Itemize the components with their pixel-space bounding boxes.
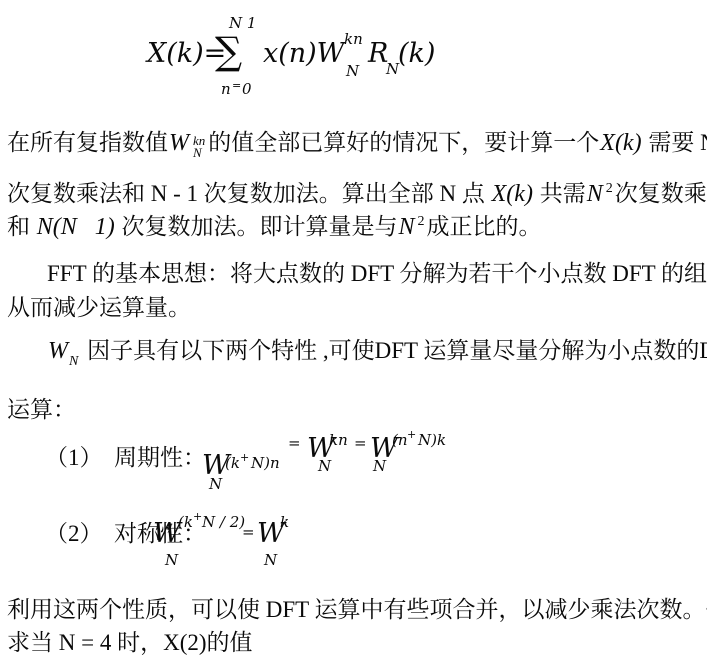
equals-sign: = [242, 525, 255, 540]
text-run: N [398, 214, 416, 240]
exponent-part: (k [225, 456, 240, 471]
text-run: 利用这两个性质，可以使 DFT 运算中有些项合并，以减少乘法次数。例子： [7, 597, 707, 622]
text-run: 次复数加法。即计算量是与 [116, 214, 398, 239]
w-base: W [153, 520, 181, 547]
exponent-part: kn [329, 433, 348, 448]
para1-line2: 次复数乘法和 N - 1 次复数加法。算出全部 N 点 X(k) 共需N2次复数… [7, 181, 707, 211]
subscript: N [193, 147, 205, 159]
sigma-symbol: ∑ [215, 32, 242, 70]
exponent-part: k [280, 515, 289, 530]
equals-sign: = [288, 436, 301, 451]
plus-sign: + [193, 511, 202, 522]
text-run: 和 [7, 214, 36, 239]
text-run: 的值全部已算好的情况下，要计算一个 [208, 130, 599, 155]
text-run: 从而减少运算量。 [7, 295, 191, 320]
exponent-part: (n [392, 433, 408, 448]
para2-line2: 从而减少运算量。 [7, 295, 191, 321]
para3-line2: 运算： [7, 397, 76, 423]
para1-line3: 和 N(N 1) 次复数加法。即计算量是与N2成正比的。 [7, 214, 542, 244]
text-run: X(k) [599, 130, 642, 156]
property1-label: （1） 周期性： [45, 445, 206, 471]
text-run: N [586, 181, 604, 207]
plus-sign: + [407, 429, 416, 440]
text-run: N(N 1) [36, 214, 116, 240]
w-subscript: N [209, 477, 222, 492]
w-subscript: N [264, 553, 277, 568]
para2-line1: FFT 的基本思想：将大点数的 DFT 分解为若干个小点数 DFT 的组合， [47, 261, 707, 287]
exponent-part: N)n [251, 456, 280, 471]
para4-line2: 求当 N = 4 时，X(2)的值 [7, 630, 253, 656]
sum-lower-zero: 0 [242, 82, 252, 97]
w-subscript: N [346, 64, 359, 79]
para4-line1: 利用这两个性质，可以使 DFT 运算中有些项合并，以减少乘法次数。例子： [7, 597, 707, 623]
text-run: W [47, 338, 69, 364]
text-run: W [168, 130, 190, 156]
w-subscript: N [318, 459, 331, 474]
text-run: 共需 [534, 181, 586, 206]
text-run: （1） 周期性： [45, 445, 206, 470]
text-run: 次复数乘法 [615, 181, 707, 206]
text-run: 需要 N [643, 130, 707, 155]
text-run: N [69, 354, 81, 369]
equals-sign: = [354, 436, 367, 451]
r-argument: (k) [398, 40, 435, 67]
text-run: 成正比的。 [427, 214, 542, 239]
exponent-part: (k [178, 515, 193, 530]
sum-lower-limit: n [221, 82, 231, 97]
w-subscript: N [373, 459, 386, 474]
document-page: X(k)=N 1∑n=0x(n)WknNRN(k) 在所有复指数值WknN的值全… [0, 0, 707, 665]
sum-term: x(n)W [263, 40, 344, 67]
text-run: X(k) [491, 181, 534, 207]
plus-sign: + [240, 452, 249, 463]
dft-sum-formula: X(k)=N 1∑n=0x(n)WknNRN(k) [145, 8, 455, 108]
sum-lower-equals: = [232, 80, 241, 91]
text-run: 次复数乘法和 N - 1 次复数加法。算出全部 N 点 [7, 181, 491, 206]
text-run: 求当 N = 4 时，X(2)的值 [7, 630, 253, 655]
text-run: FFT 的基本思想：将大点数的 DFT 分解为若干个小点数 DFT 的组合， [47, 261, 707, 286]
para3-line1: WN 因子具有以下两个特性 ,可使DFT 运算量尽量分解为小点数的DFT [47, 338, 707, 368]
w-exponent: kn [344, 32, 363, 47]
para1-line1: 在所有复指数值WknN的值全部已算好的情况下，要计算一个X(k) 需要 N [7, 130, 707, 159]
text-run: 2 [416, 214, 427, 229]
text-run: 运算： [7, 397, 76, 422]
periodicity-formula: WN(k+N)n=WknN=W(n+N)kN [200, 430, 470, 495]
exponent-part: N)k [418, 433, 446, 448]
text-run: 在所有复指数值 [7, 130, 168, 155]
text-run: 2 [604, 181, 615, 196]
symmetry-formula: W(k+N / 2)=WkNN [153, 514, 323, 574]
exponent-part: N / 2) [202, 515, 245, 530]
sup-sub-stack: knN [190, 135, 208, 159]
w-subscript: N [165, 553, 178, 568]
text-run: 因子具有以下两个特性 ,可使DFT 运算量尽量分解为小点数的DFT [81, 338, 707, 363]
